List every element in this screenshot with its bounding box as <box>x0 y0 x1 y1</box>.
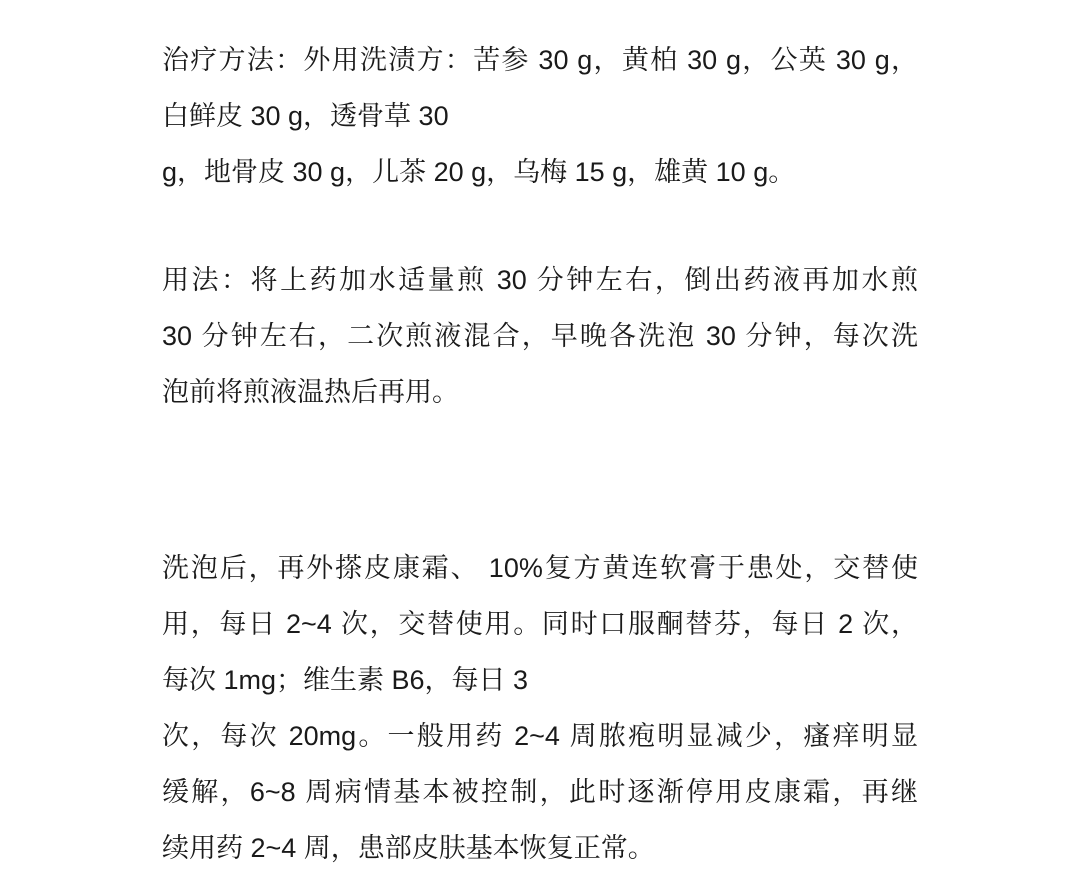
text-line: 每次 1mg；维生素 B6，每日 3 <box>162 652 918 708</box>
text-line: 缓解，6~8 周病情基本被控制，此时逐渐停用皮康霜，再继 <box>162 764 918 820</box>
text-line: 续用药 2~4 周，患部皮肤基本恢复正常。 <box>162 820 918 876</box>
text-line: 洗泡后，再外搽皮康霜、 10%复方黄连软膏于患处，交替使 <box>162 540 918 596</box>
text-line: 治疗方法：外用洗渍方：苦参 30 g，黄柏 30 g，公英 30 g， <box>162 32 918 88</box>
text-line: 30 分钟左右，二次煎液混合，早晚各洗泡 30 分钟，每次洗 <box>162 308 918 364</box>
paragraph-usage: 用法：将上药加水适量煎 30 分钟左右，倒出药液再加水煎 30 分钟左右，二次煎… <box>162 252 918 420</box>
document-page: 治疗方法：外用洗渍方：苦参 30 g，黄柏 30 g，公英 30 g， 白鲜皮 … <box>0 0 1080 892</box>
text-line: 泡前将煎液温热后再用。 <box>162 364 918 420</box>
text-body: 治疗方法：外用洗渍方：苦参 30 g，黄柏 30 g，公英 30 g， 白鲜皮 … <box>0 0 1080 876</box>
text-line: 用法：将上药加水适量煎 30 分钟左右，倒出药液再加水煎 <box>162 252 918 308</box>
text-line: 白鲜皮 30 g，透骨草 30 <box>162 88 918 144</box>
paragraph-application: 洗泡后，再外搽皮康霜、 10%复方黄连软膏于患处，交替使 用，每日 2~4 次，… <box>162 540 918 876</box>
text-line: 用，每日 2~4 次，交替使用。同时口服酮替芬，每日 2 次， <box>162 596 918 652</box>
text-line: 次，每次 20mg。一般用药 2~4 周脓疱明显减少，瘙痒明显 <box>162 708 918 764</box>
paragraph-prescription: 治疗方法：外用洗渍方：苦参 30 g，黄柏 30 g，公英 30 g， 白鲜皮 … <box>162 32 918 200</box>
text-line: g，地骨皮 30 g，儿茶 20 g，乌梅 15 g，雄黄 10 g。 <box>162 144 918 200</box>
